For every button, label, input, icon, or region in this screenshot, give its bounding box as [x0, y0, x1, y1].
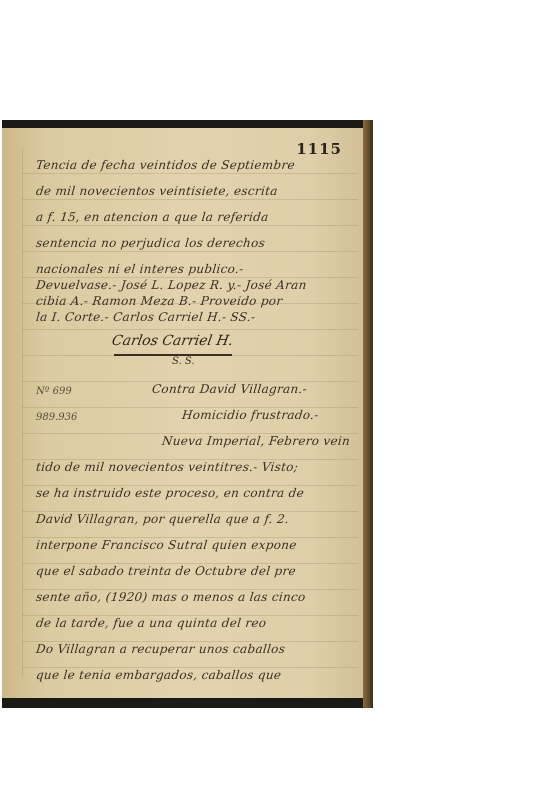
- case-header-accused: Contra David Villagran.-: [151, 382, 308, 396]
- text-line: Nueva Imperial, Febrero vein: [161, 434, 351, 448]
- case-folio: 989.936: [36, 412, 77, 423]
- text-line: David Villagran, por querella que a f. 2…: [35, 512, 290, 526]
- text-line: de la tarde, fue a una quinta del reo: [35, 616, 267, 630]
- text-line: de mil novecientos veintisiete, escrita: [35, 184, 278, 198]
- text-line: se ha instruido este proceso, en contra …: [35, 486, 305, 500]
- signature: Carlos Carriel H.: [111, 333, 235, 349]
- text-line: interpone Francisco Sutral quien expone: [35, 538, 297, 552]
- text-line: a f. 15, en atencion a que la referida: [35, 210, 269, 224]
- text-line: sente año, (1920) mas o menos a las cinc…: [35, 590, 306, 604]
- text-line: Tencia de fecha veintidos de Septiembre: [35, 158, 295, 172]
- text-line: la I. Corte.- Carlos Carriel H.- SS.-: [35, 310, 256, 324]
- text-line: tido de mil novecientos veintitres.- Vis…: [35, 460, 299, 474]
- text-line: nacionales ni el interes publico.-: [35, 262, 244, 276]
- folio-number: 1115: [296, 140, 342, 158]
- text-line: Devuelvase.- José L. Lopez R. y.- José A…: [35, 278, 307, 292]
- case-number: Nº 699: [36, 386, 72, 397]
- case-header-charge: Homicidio frustrado.-: [181, 408, 319, 422]
- scanned-ledger-image: 1115 Tencia de fecha veintidos de Septie…: [2, 120, 373, 708]
- margin-line: [22, 148, 23, 678]
- ledger-page: 1115 Tencia de fecha veintidos de Septie…: [2, 128, 364, 698]
- text-line: sentencia no perjudica los derechos: [35, 236, 266, 250]
- text-line: que le tenia embargados, caballos que: [35, 668, 282, 682]
- book-binding-edge: [363, 120, 373, 708]
- signature-initials: S. S.: [172, 356, 195, 367]
- document-viewer: 1115 Tencia de fecha veintidos de Septie…: [0, 0, 533, 800]
- text-line: cibia A.- Ramon Meza B.- Proveido por: [35, 294, 283, 308]
- text-line: que el sabado treinta de Octubre del pre: [35, 564, 296, 578]
- text-line: Do Villagran a recuperar unos caballos: [35, 642, 286, 656]
